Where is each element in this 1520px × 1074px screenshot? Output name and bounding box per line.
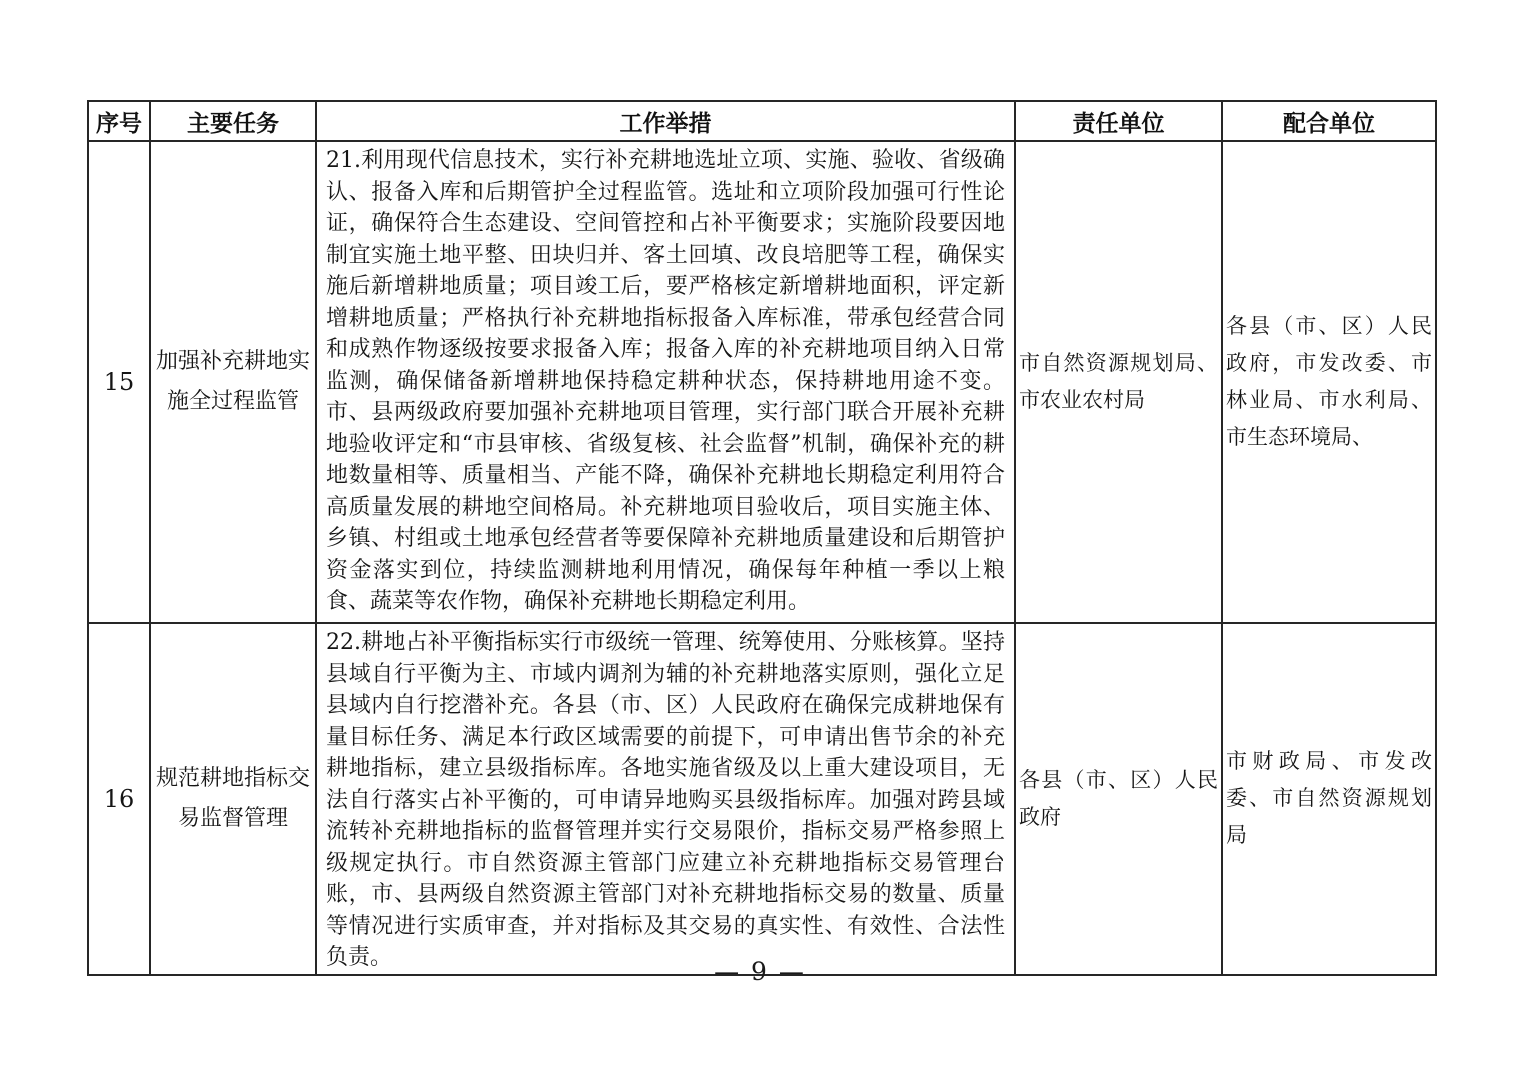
table-row-15: 15 加强补充耕地实施全过程监管 21.利用现代信息技术，实行补充耕地选址立项、… <box>88 141 1436 623</box>
responsible-unit: 市自然资源规划局、市农业农村局 <box>1015 141 1222 623</box>
column-header-responsible-unit: 责任单位 <box>1015 101 1222 141</box>
seq-no: 15 <box>88 141 150 623</box>
responsible-unit: 各县（市、区）人民政府 <box>1015 623 1222 975</box>
main-task: 规范耕地指标交易监督管理 <box>150 623 316 975</box>
page-number: — 9 — <box>0 957 1520 986</box>
cooperating-unit: 各县（市、区）人民政府，市发改委、市林业局、市水利局、市生态环境局、 <box>1222 141 1436 623</box>
work-measures: 21.利用现代信息技术，实行补充耕地选址立项、实施、验收、省级确认、报备入库和后… <box>316 141 1015 623</box>
table-header-row: 序号 主要任务 工作举措 责任单位 配合单位 <box>88 101 1436 141</box>
work-measures: 22.耕地占补平衡指标实行市级统一管理、统筹使用、分账核算。坚持县域自行平衡为主… <box>316 623 1015 975</box>
table-row-16: 16 规范耕地指标交易监督管理 22.耕地占补平衡指标实行市级统一管理、统筹使用… <box>88 623 1436 975</box>
column-header-seq-no: 序号 <box>88 101 150 141</box>
column-header-cooperating-unit: 配合单位 <box>1222 101 1436 141</box>
seq-no: 16 <box>88 623 150 975</box>
cooperating-unit: 市财政局、市发改委、市自然资源规划局 <box>1222 623 1436 975</box>
document-page: 序号 主要任务 工作举措 责任单位 配合单位 15 加强补充耕地实施全过程监管 … <box>0 0 1520 1074</box>
main-task: 加强补充耕地实施全过程监管 <box>150 141 316 623</box>
column-header-main-task: 主要任务 <box>150 101 316 141</box>
column-header-work-measures: 工作举措 <box>316 101 1015 141</box>
task-table: 序号 主要任务 工作举措 责任单位 配合单位 15 加强补充耕地实施全过程监管 … <box>87 100 1437 976</box>
